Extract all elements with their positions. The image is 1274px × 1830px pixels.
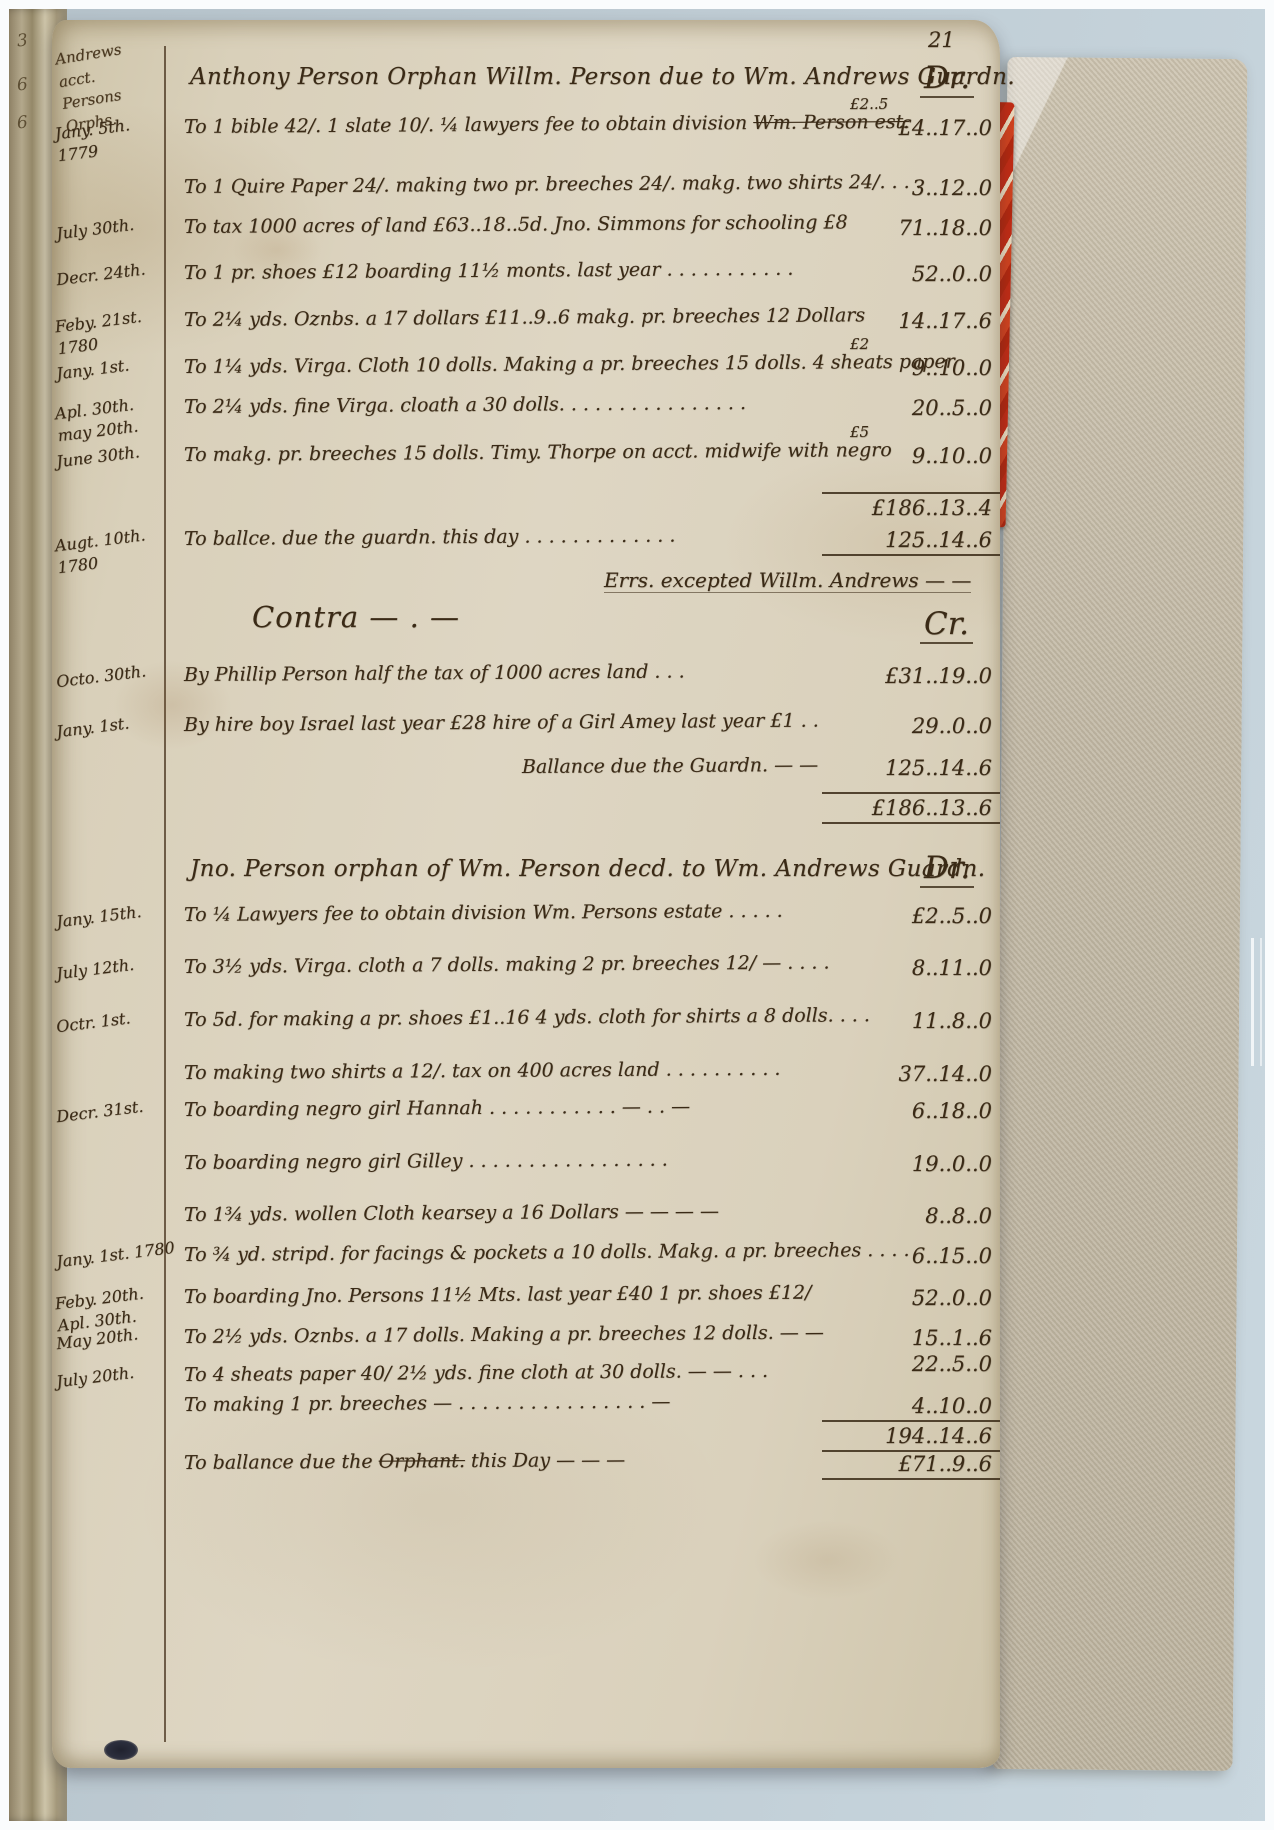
entry-description: To ¾ yd. stripd. for facings & pockets a…	[184, 1239, 910, 1268]
entry-date: May 20th.	[55, 1319, 177, 1356]
entry-text: To 1 bible 42/. 1 slate 10/. ¼ lawyers f…	[184, 112, 753, 138]
ledger-row: To boarding negro girl Gilley . . . . . …	[52, 1150, 998, 1186]
ledger-row: Decr. 24th. To 1 pr. shoes £12 boarding …	[52, 260, 998, 296]
entry-amount: 37..14..0	[822, 1060, 1000, 1088]
entry-date: Jany. 15th.	[55, 897, 177, 934]
entry-amount: £4..17..0	[822, 114, 1000, 142]
background-line	[1251, 938, 1254, 1066]
ledger-row: Decr. 31st. To boarding negro girl Hanna…	[52, 1097, 998, 1133]
entry-description: To 1 bible 42/. 1 slate 10/. ¼ lawyers f…	[184, 111, 909, 140]
ledger-row: To 1¾ yds. wollen Cloth kearsey a 16 Dol…	[52, 1202, 998, 1238]
entry-amount: £186..13..4	[822, 492, 1000, 522]
entry-amount: 15..1..6	[822, 1324, 1000, 1352]
entry-superscript: £2	[850, 335, 869, 353]
entry-amount: 3..12..0	[822, 174, 1000, 202]
fabric-cover	[993, 57, 1248, 1771]
entry-description: To 5d. for making a pr. shoes £1..16 4 y…	[184, 1004, 870, 1033]
entry-date: Decr. 31st.	[55, 1092, 177, 1129]
ledger-row: To 1 Quire Paper 24/. making two pr. bre…	[52, 174, 998, 210]
ledger-page: 21 Andrews acct. Persons Orphs. Anthony …	[52, 20, 1000, 1768]
ledger-row: To making two shirts a 12/. tax on 400 a…	[52, 1060, 998, 1096]
ledger-photo: 3 6 6 21 Andrews acct. Persons Orphs. An…	[0, 0, 1274, 1830]
entry-description: To 3½ yds. Virga. cloth a 7 dolls. makin…	[184, 951, 830, 979]
entry-description: To tax 1000 acres of land £63..18..5d. J…	[184, 211, 848, 239]
entry-description: To boarding negro girl Gilley . . . . . …	[184, 1149, 668, 1176]
margin-rule-line	[164, 46, 166, 1742]
entry-date: Decr. 24th.	[55, 255, 177, 292]
entry-description: To ballance due the Orphant. this Day — …	[184, 1449, 625, 1476]
contra-total-row: £186..13..6	[52, 792, 998, 828]
entry-amount: 29..0..0	[822, 712, 1000, 740]
entry-text: this Day — — —	[465, 1449, 625, 1472]
signoff: Errs. excepted Willm. Andrews — —	[604, 568, 971, 593]
entry-description: By hire boy Israel last year £28 hire of…	[184, 710, 819, 738]
ledger-row: Jany. 1st. By hire boy Israel last year …	[52, 712, 998, 748]
entry-amount: 6..18..0	[822, 1097, 1000, 1125]
ledger-row: Jany. 1st. 1780 To ¾ yd. stripd. for fac…	[52, 1242, 998, 1278]
entry-text: To ballance due the	[184, 1451, 379, 1474]
ledger-row: Jany. 15th. To ¼ Lawyers fee to obtain d…	[52, 902, 998, 938]
entry-date: Jany. 1st. 1780	[55, 1237, 177, 1274]
entry-amount: 14..17..6	[822, 307, 1000, 335]
cr-label: Cr.	[920, 606, 973, 644]
entry-text-struck: Orphant.	[379, 1450, 465, 1473]
dr-label: Dr.	[920, 850, 974, 888]
entry-description: To making 1 pr. breeches — . . . . . . .…	[184, 1391, 671, 1418]
entry-description: To 1 Quire Paper 24/. making two pr. bre…	[184, 171, 922, 200]
entry-amount: 8..8..0	[822, 1202, 1000, 1230]
entry-description: To boarding Jno. Persons 11½ Mts. last y…	[184, 1282, 812, 1310]
ledger-row: July 12th. To 3½ yds. Virga. cloth a 7 d…	[52, 954, 998, 990]
entry-description: To makg. pr. breeches 15 dolls. Timy. Th…	[184, 439, 892, 468]
entry-amount: 125..14..6	[822, 754, 1000, 782]
entry-superscript: £2..5	[850, 95, 888, 113]
entry-description: To making two shirts a 12/. tax on 400 a…	[184, 1058, 781, 1086]
ledger-row: Jany. 5th. 1779 To 1 bible 42/. 1 slate …	[52, 114, 998, 150]
entry-date: Augt. 10th. 1780	[54, 521, 179, 580]
entry-amount: 19..0..0	[822, 1150, 1000, 1178]
entry-date: Jany. 5th. 1779	[54, 109, 179, 168]
entry-amount: 9..10..0	[822, 442, 1000, 470]
entry-description: To ballce. due the guardn. this day . . …	[184, 525, 676, 552]
entry-description: To 1¾ yds. wollen Cloth kearsey a 16 Dol…	[184, 1200, 719, 1227]
entry-amount: 22..5..0	[822, 1350, 1000, 1378]
ledger-row: Feby. 20th. Apl. 30th. To boarding Jno. …	[52, 1284, 998, 1320]
entry-amount: 4..10..0	[822, 1392, 1000, 1420]
ledger-row: Octr. 1st. To 5d. for making a pr. shoes…	[52, 1007, 998, 1043]
page-number: 21	[928, 28, 955, 52]
ledger-row: Octo. 30th. By Phillip Person half the t…	[52, 662, 998, 698]
entry-description: To 1 pr. shoes £12 boarding 11½ monts. l…	[184, 258, 794, 286]
ledger-row: Ballance due the Guardn. — — 125..14..6	[52, 754, 998, 790]
background-line	[1260, 938, 1262, 1066]
entry-description: To 2½ yds. Oznbs. a 17 dolls. Making a p…	[184, 1322, 824, 1350]
entry-description: To ¼ Lawyers fee to obtain division Wm. …	[184, 900, 783, 928]
entry-amount: 9..10..0	[822, 354, 1000, 382]
entry-description: To 2¼ yds. Oznbs. a 17 dollars £11..9..6…	[184, 304, 865, 333]
entry-amount: £71..9..6	[822, 1450, 1000, 1480]
ledger-row: Augt. 10th. 1780 To ballce. due the guar…	[52, 526, 998, 562]
entry-amount: 194..14..6	[822, 1420, 1000, 1452]
entry-description: To boarding negro girl Hannah . . . . . …	[184, 1095, 690, 1122]
entry-amount: £186..13..6	[822, 792, 1000, 824]
entry-amount: 125..14..6	[822, 526, 1000, 556]
entry-date: Jany. 1st.	[55, 707, 177, 744]
entry-amount: 71..18..0	[822, 214, 1000, 242]
entry-date: July 20th.	[55, 1357, 177, 1394]
entry-description: To 2¼ yds. fine Virga. cloath a 30 dolls…	[184, 392, 746, 420]
ledger-row: July 30th. To tax 1000 acres of land £63…	[52, 214, 998, 250]
entry-date: July 12th.	[55, 949, 177, 986]
paper-stain	[752, 1520, 902, 1600]
entry-amount: 52..0..0	[822, 260, 1000, 288]
entry-amount: 11..8..0	[822, 1007, 1000, 1035]
ledger-row: Jany. 1st. To 1¼ yds. Virga. Cloth 10 do…	[52, 354, 998, 390]
entry-date: July 30th.	[55, 209, 177, 246]
account1-title: Anthony Person Orphan Willm. Person due …	[190, 64, 1015, 90]
ledger-row: To ballance due the Orphant. this Day — …	[52, 1450, 998, 1486]
ink-blot	[104, 1740, 138, 1760]
entry-amount: 6..15..0	[822, 1242, 1000, 1270]
entry-superscript: £5	[850, 423, 869, 441]
ledger-row: June 30th. To makg. pr. breeches 15 doll…	[52, 442, 998, 478]
entry-amount: 8..11..0	[822, 954, 1000, 982]
contra-heading: Contra — . —	[252, 600, 460, 634]
entry-amount: 20..5..0	[822, 394, 1000, 422]
entry-date: June 30th.	[55, 437, 177, 474]
spine-mark: 6	[16, 112, 29, 133]
entry-description: By Phillip Person half the tax of 1000 a…	[184, 661, 685, 688]
entry-amount: £2..5..0	[822, 902, 1000, 930]
entry-description: Ballance due the Guardn. — —	[522, 754, 818, 780]
spine-mark: 3	[16, 30, 29, 51]
entry-date: Octo. 30th.	[55, 657, 177, 694]
dr-label: Dr.	[920, 60, 974, 98]
entry-amount: £31..19..0	[822, 662, 1000, 690]
account2-title: Jno. Person orphan of Wm. Person decd. t…	[190, 856, 985, 882]
account1-total-row: £186..13..4	[52, 492, 998, 528]
entry-date: Octr. 1st.	[55, 1002, 177, 1039]
entry-date: Jany. 1st.	[55, 349, 177, 386]
entry-amount: 52..0..0	[822, 1284, 1000, 1312]
entry-description: To 4 sheats paper 40/ 2½ yds. fine cloth…	[184, 1360, 768, 1388]
spine-mark: 6	[16, 74, 29, 95]
